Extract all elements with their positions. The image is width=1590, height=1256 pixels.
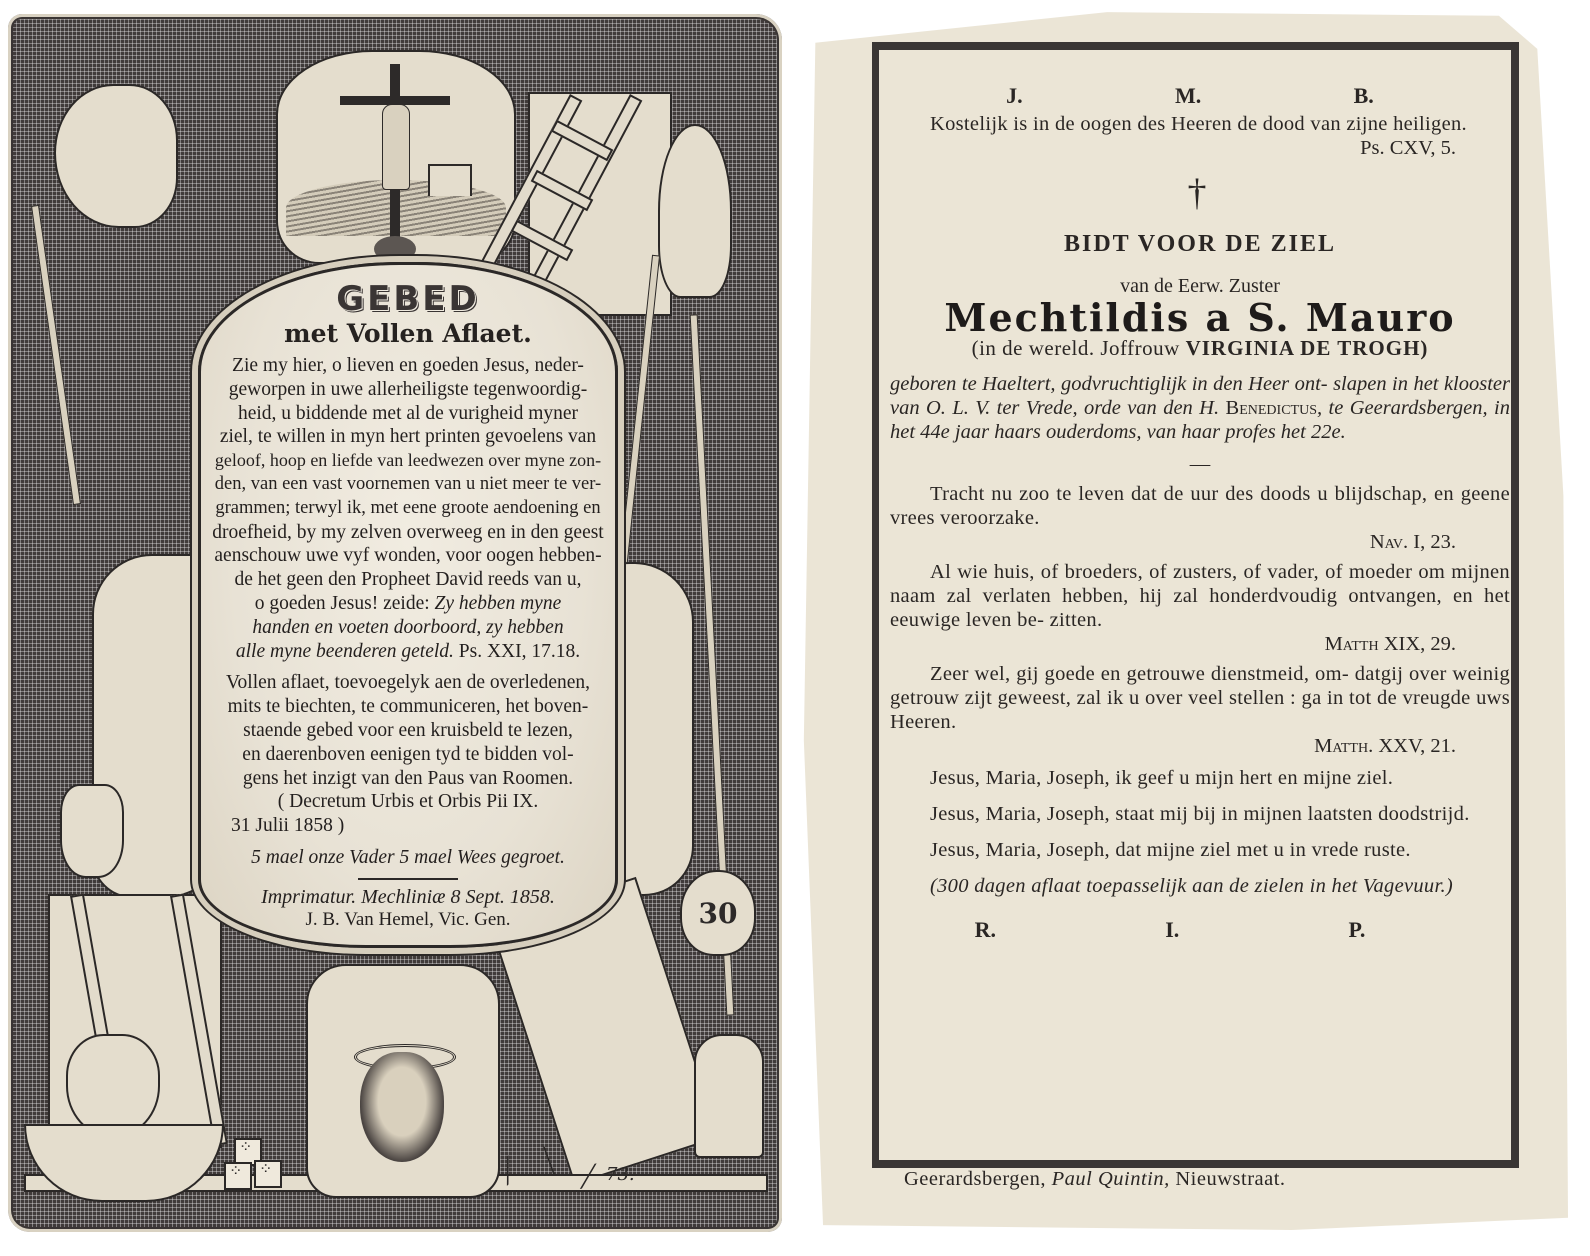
- quote-text: Zy hebben myne: [435, 593, 562, 614]
- dice-icon: [254, 1160, 282, 1188]
- prayer-title: GEBED: [201, 279, 615, 319]
- christ-figure: [382, 104, 410, 190]
- hand-illustration: [60, 784, 124, 878]
- quote-text: alle myne beenderen geteld.: [236, 641, 454, 662]
- invocation: Jesus, Maria, Joseph, staat mij bij in m…: [890, 802, 1510, 826]
- prayer-line: aenschouw uwe vyf wonden, voor oogen heb…: [201, 544, 615, 568]
- indulgence-line: gens het inzigt van den Paus van Roomen.: [201, 767, 615, 791]
- religious-order: Benedictus: [1226, 397, 1317, 419]
- quote-reference: Ps. XXI, 17.18.: [459, 641, 580, 662]
- printer-name: Paul Quintin,: [1052, 1168, 1170, 1190]
- initial-b: B.: [1354, 84, 1374, 108]
- indulgence-line: Vollen aflaet, toevoegelyk aen de overle…: [201, 671, 615, 695]
- scripture-verse: Tracht nu zoo te leven dat de uur des do…: [890, 482, 1510, 554]
- prayer-body: Zie my hier, o lieven en goeden Jesus, n…: [201, 354, 615, 870]
- prayer-line: ziel, te willen in myn hert printen gevo…: [201, 425, 615, 449]
- decree-line: ( Decretum Urbis et Orbis Pii IX.: [201, 790, 615, 814]
- prayer-card-back: J. M. B. Kostelijk is in de oogen des He…: [800, 6, 1568, 1230]
- verse-text: Tracht nu zoo te leven dat de uur des do…: [890, 482, 1510, 530]
- secular-name: (in de wereld. Joffrouw VIRGINIA DE TROG…: [890, 336, 1510, 360]
- quote-line: o goeden Jesus! zeide: Zy hebben myne: [201, 592, 615, 616]
- rooster-illustration: [54, 84, 178, 228]
- spear-illustration: [31, 205, 81, 505]
- prayer-line: den, van een vast voornemen van u niet m…: [201, 473, 615, 497]
- indulgence-line: staende gebed voor een kruisbeld te leze…: [201, 719, 615, 743]
- decree-date: 31 Julii 1858 ): [201, 814, 615, 838]
- plate-number: 73.: [606, 1164, 635, 1185]
- vicar-general: J. B. Van Hemel, Vic. Gen.: [201, 909, 615, 931]
- money-bag-number: 30: [699, 897, 738, 930]
- verse-text: Al wie huis, of broeders, of zusters, of…: [890, 560, 1510, 632]
- indulgence-line: en daerenboven eenigen tyd te bidden vol…: [201, 743, 615, 767]
- prayer-line: geworpen in uwe allerheiligste tegenwoor…: [201, 378, 615, 402]
- prayer-line: grammen; terwyl ik, met eene groote aend…: [201, 497, 615, 521]
- printer-imprint: Geerardsbergen, Paul Quintin, Nieuwstraa…: [904, 1168, 1524, 1191]
- chalice-illustration: [66, 1034, 160, 1138]
- footer-initials: R. I. P.: [890, 918, 1450, 942]
- prayer-card-front: 30 ⟋ ⟍ ⟋ 73. GEBED met Vollen Aflaet. Zi…: [8, 14, 782, 1232]
- opening-verse-reference: Ps. CXV, 5.: [890, 136, 1510, 160]
- verse-text: Zeer wel, gij goede en getrouwe dienstme…: [890, 662, 1510, 734]
- biography: geboren te Haeltert, godvruchtiglijk in …: [890, 372, 1510, 444]
- torch-illustration: [658, 124, 732, 298]
- imprimatur: Imprimatur. Mechliniæ 8 Sept. 1858.: [201, 886, 615, 909]
- recitation-instruction: 5 mael onze Vader 5 mael Wees gegroet.: [201, 846, 615, 870]
- quote-intro: o goeden Jesus! zeide:: [255, 593, 430, 614]
- indulgence-line: mits te biechten, te communiceren, het b…: [201, 695, 615, 719]
- pray-for-heading: BIDT VOOR DE ZIEL: [890, 232, 1510, 256]
- indulgence-note: (300 dagen aflaat toepasselijk aan de zi…: [890, 874, 1510, 898]
- prayer-subtitle: met Vollen Aflaet.: [201, 319, 615, 348]
- veil-of-veronica-illustration: [306, 964, 500, 1198]
- prayer-line: de het geen den Propheet David reeds van…: [201, 568, 615, 592]
- quote-line: handen en voeten doorboord, zy hebben: [201, 616, 615, 640]
- cross-icon: †: [884, 174, 1510, 212]
- initial-p: P.: [1348, 918, 1365, 942]
- initial-j: J.: [1006, 84, 1023, 108]
- prayer-line: geloof, hoop en liefde van leedwezen ove…: [201, 449, 615, 473]
- prayer-cartouche: GEBED met Vollen Aflaet. Zie my hier, o …: [198, 262, 618, 948]
- scripture-verse: Al wie huis, of broeders, of zusters, of…: [890, 560, 1510, 656]
- crucifix-base: [374, 236, 416, 262]
- money-bag-illustration: 30: [680, 870, 756, 956]
- printer-place: Geerardsbergen,: [904, 1168, 1046, 1190]
- separator-line: [358, 878, 458, 880]
- header-initials: J. M. B.: [930, 84, 1450, 108]
- printer-street: Nieuwstraat.: [1175, 1168, 1285, 1190]
- initial-m: M.: [1175, 84, 1201, 108]
- memorial-text: J. M. B. Kostelijk is in de oogen des He…: [872, 42, 1528, 942]
- invocation: Jesus, Maria, Joseph, ik geef u mijn her…: [890, 766, 1510, 790]
- verse-reference: Matth. XXV, 21.: [890, 734, 1510, 758]
- lantern-illustration: [694, 1034, 764, 1158]
- castle-illustration: [428, 164, 472, 196]
- prayer-line: Zie my hier, o lieven en goeden Jesus, n…: [201, 354, 615, 378]
- prayer-line: heid, u biddende met al de vurigheid myn…: [201, 402, 615, 426]
- deceased-name: Mechtildis a S. Mauro: [890, 306, 1510, 330]
- holy-face-illustration: [360, 1052, 444, 1162]
- crucifix-illustration: [276, 50, 516, 264]
- initial-i: I.: [1165, 918, 1179, 942]
- initial-r: R.: [975, 918, 996, 942]
- dice-icon: [224, 1162, 252, 1190]
- section-dash: —: [890, 452, 1510, 476]
- verse-reference: Nav. I, 23.: [890, 530, 1510, 554]
- quote-line: alle myne beenderen geteld. Ps. XXI, 17.…: [201, 640, 615, 664]
- secular-name-prefix: (in de wereld. Joffrouw: [972, 336, 1180, 360]
- prayer-line: droefheid, by my zelven overweeg en in d…: [201, 521, 615, 545]
- opening-verse: Kostelijk is in de oogen des Heeren de d…: [890, 112, 1510, 136]
- secular-name-value: VIRGINIA DE TROGH): [1186, 336, 1429, 360]
- invocation: Jesus, Maria, Joseph, dat mijne ziel met…: [890, 838, 1510, 862]
- verse-reference: Matth XIX, 29.: [890, 632, 1510, 656]
- ladder-rail: [170, 894, 228, 1147]
- scripture-verse: Zeer wel, gij goede en getrouwe dienstme…: [890, 662, 1510, 758]
